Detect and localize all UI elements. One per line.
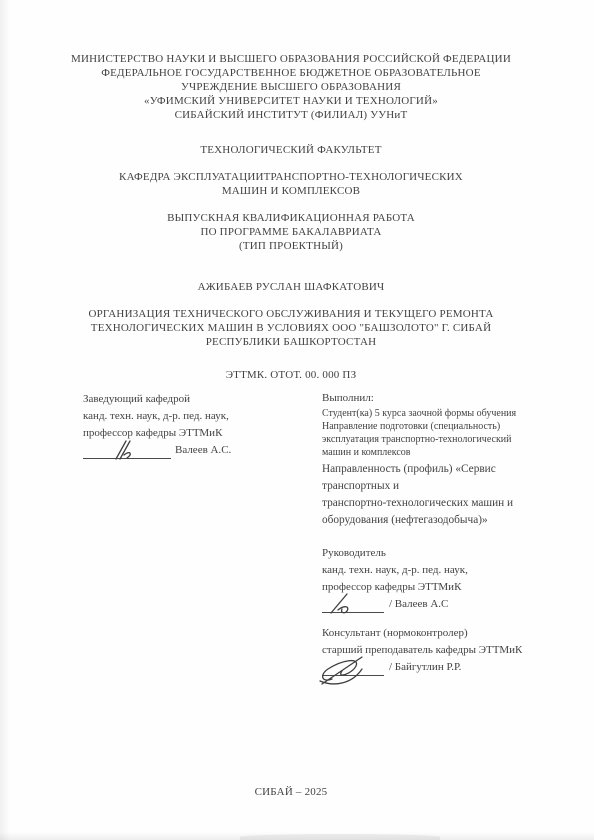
department-head-position: профессор кафедры ЭТТМиК xyxy=(83,425,318,442)
consultant-role: Консультант (нормоконтролер) xyxy=(322,625,587,642)
thesis-title-line: ОРГАНИЗАЦИЯ ТЕХНИЧЕСКОГО ОБСЛУЖИВАНИЯ И … xyxy=(0,307,582,321)
supervisor-degree: канд. техн. наук, д-р. пед. наук, xyxy=(322,562,587,579)
header-line: УЧРЕЖДЕНИЕ ВЫСШЕГО ОБРАЗОВАНИЯ xyxy=(0,80,582,94)
profile-line: Направленность (профиль) «Сервис xyxy=(322,461,587,478)
scanned-title-page: МИНИСТЕРСТВО НАУКИ И ВЫСШЕГО ОБРАЗОВАНИЯ… xyxy=(0,0,594,840)
ministry-header: МИНИСТЕРСТВО НАУКИ И ВЫСШЕГО ОБРАЗОВАНИЯ… xyxy=(0,52,582,122)
student-info: Студент(ка) 5 курса заочной формы обучен… xyxy=(322,407,587,459)
supervisor-block: Руководитель канд. техн. наук, д-р. пед.… xyxy=(322,545,587,613)
profile-line: транспортно-технологических машин и xyxy=(322,495,587,512)
work-type: ВЫПУСКНАЯ КВАЛИФИКАЦИОННАЯ РАБОТА ПО ПРО… xyxy=(0,211,582,253)
student-info-line: эксплуатация транспортно-технологический xyxy=(322,433,587,446)
spacer xyxy=(322,613,587,625)
document-code: ЭТТМК. ОТОТ. 00. 000 ПЗ xyxy=(0,368,582,382)
department-head-role: Заведующий кафедрой xyxy=(83,391,318,408)
author-name: АЖИБАЕВ РУСЛАН ШАФКАТОВИЧ xyxy=(0,280,582,294)
thesis-title: ОРГАНИЗАЦИЯ ТЕХНИЧЕСКОГО ОБСЛУЖИВАНИЯ И … xyxy=(0,307,582,349)
department-head-name: Валеев А.С. xyxy=(175,442,231,459)
signature-line xyxy=(83,445,171,459)
header-line: «УФИМСКИЙ УНИВЕРСИТЕТ НАУКИ И ТЕХНОЛОГИЙ… xyxy=(0,94,582,108)
department-head-signature-row: Валеев А.С. xyxy=(83,442,318,459)
header-line: МИНИСТЕРСТВО НАУКИ И ВЫСШЕГО ОБРАЗОВАНИЯ… xyxy=(0,52,582,66)
signature-line xyxy=(322,662,384,676)
student-info-line: Студент(ка) 5 курса заочной формы обучен… xyxy=(322,407,587,420)
header-line: ФЕДЕРАЛЬНОЕ ГОСУДАРСТВЕННОЕ БЮДЖЕТНОЕ ОБ… xyxy=(0,66,582,80)
supervisor-role: Руководитель xyxy=(322,545,587,562)
profile-line: оборудования (нефтегазодобыча)» xyxy=(322,512,587,529)
consultant-signature-row: / Байгутлин Р.Р. xyxy=(322,659,587,676)
performed-label: Выполнил: xyxy=(322,390,587,407)
student-info-line: машин и комплексов xyxy=(322,446,587,459)
performer-block: Выполнил: Студент(ка) 5 курса заочной фо… xyxy=(322,390,587,676)
consultant-position: старший преподаватель кафедры ЭТТМиК xyxy=(322,642,587,659)
thesis-title-line: ТЕХНОЛОГИЧЕСКИХ МАШИН В УСЛОВИЯХ ООО "БА… xyxy=(0,321,582,335)
header-line: СИБАЙСКИЙ ИНСТИТУТ (ФИЛИАЛ) УУНиТ xyxy=(0,108,582,122)
supervisor-name: / Валеев А.С xyxy=(389,596,448,613)
supervisor-signature-row: / Валеев А.С xyxy=(322,596,587,613)
scan-smudge xyxy=(240,834,440,840)
work-type-line: ПО ПРОГРАММЕ БАКАЛАВРИАТА xyxy=(0,225,582,239)
work-type-line: (ТИП ПРОЕКТНЫЙ) xyxy=(0,239,582,253)
department-name: КАФЕДРА ЭКСПЛУАТАЦИИТРАНСПОРТНО-ТЕХНОЛОГ… xyxy=(0,170,582,198)
consultant-block: Консультант (нормоконтролер) старший пре… xyxy=(322,625,587,676)
supervisor-position: профессор кафедры ЭТТМиК xyxy=(322,579,587,596)
signature-line xyxy=(322,599,384,613)
spacer xyxy=(322,529,587,545)
scan-edge-shadow-left xyxy=(0,0,10,840)
profile-line: транспортных и xyxy=(322,478,587,495)
city-year-footer: СИБАЙ – 2025 xyxy=(0,785,582,799)
student-info-line: Направление подготовки (специальность) xyxy=(322,420,587,433)
consultant-name: / Байгутлин Р.Р. xyxy=(389,659,461,676)
department-head-degree: канд. техн. наук, д-р. пед. наук, xyxy=(83,408,318,425)
faculty-name: ТЕХНОЛОГИЧЕСКИЙ ФАКУЛЬТЕТ xyxy=(0,143,582,157)
work-type-line: ВЫПУСКНАЯ КВАЛИФИКАЦИОННАЯ РАБОТА xyxy=(0,211,582,225)
profile-info: Направленность (профиль) «Сервис транспо… xyxy=(322,461,587,529)
department-line: МАШИН И КОМПЛЕКСОВ xyxy=(0,184,582,198)
department-line: КАФЕДРА ЭКСПЛУАТАЦИИТРАНСПОРТНО-ТЕХНОЛОГ… xyxy=(0,170,582,184)
thesis-title-line: РЕСПУБЛИКИ БАШКОРТОСТАН xyxy=(0,335,582,349)
department-head-block: Заведующий кафедрой канд. техн. наук, д-… xyxy=(83,391,318,459)
